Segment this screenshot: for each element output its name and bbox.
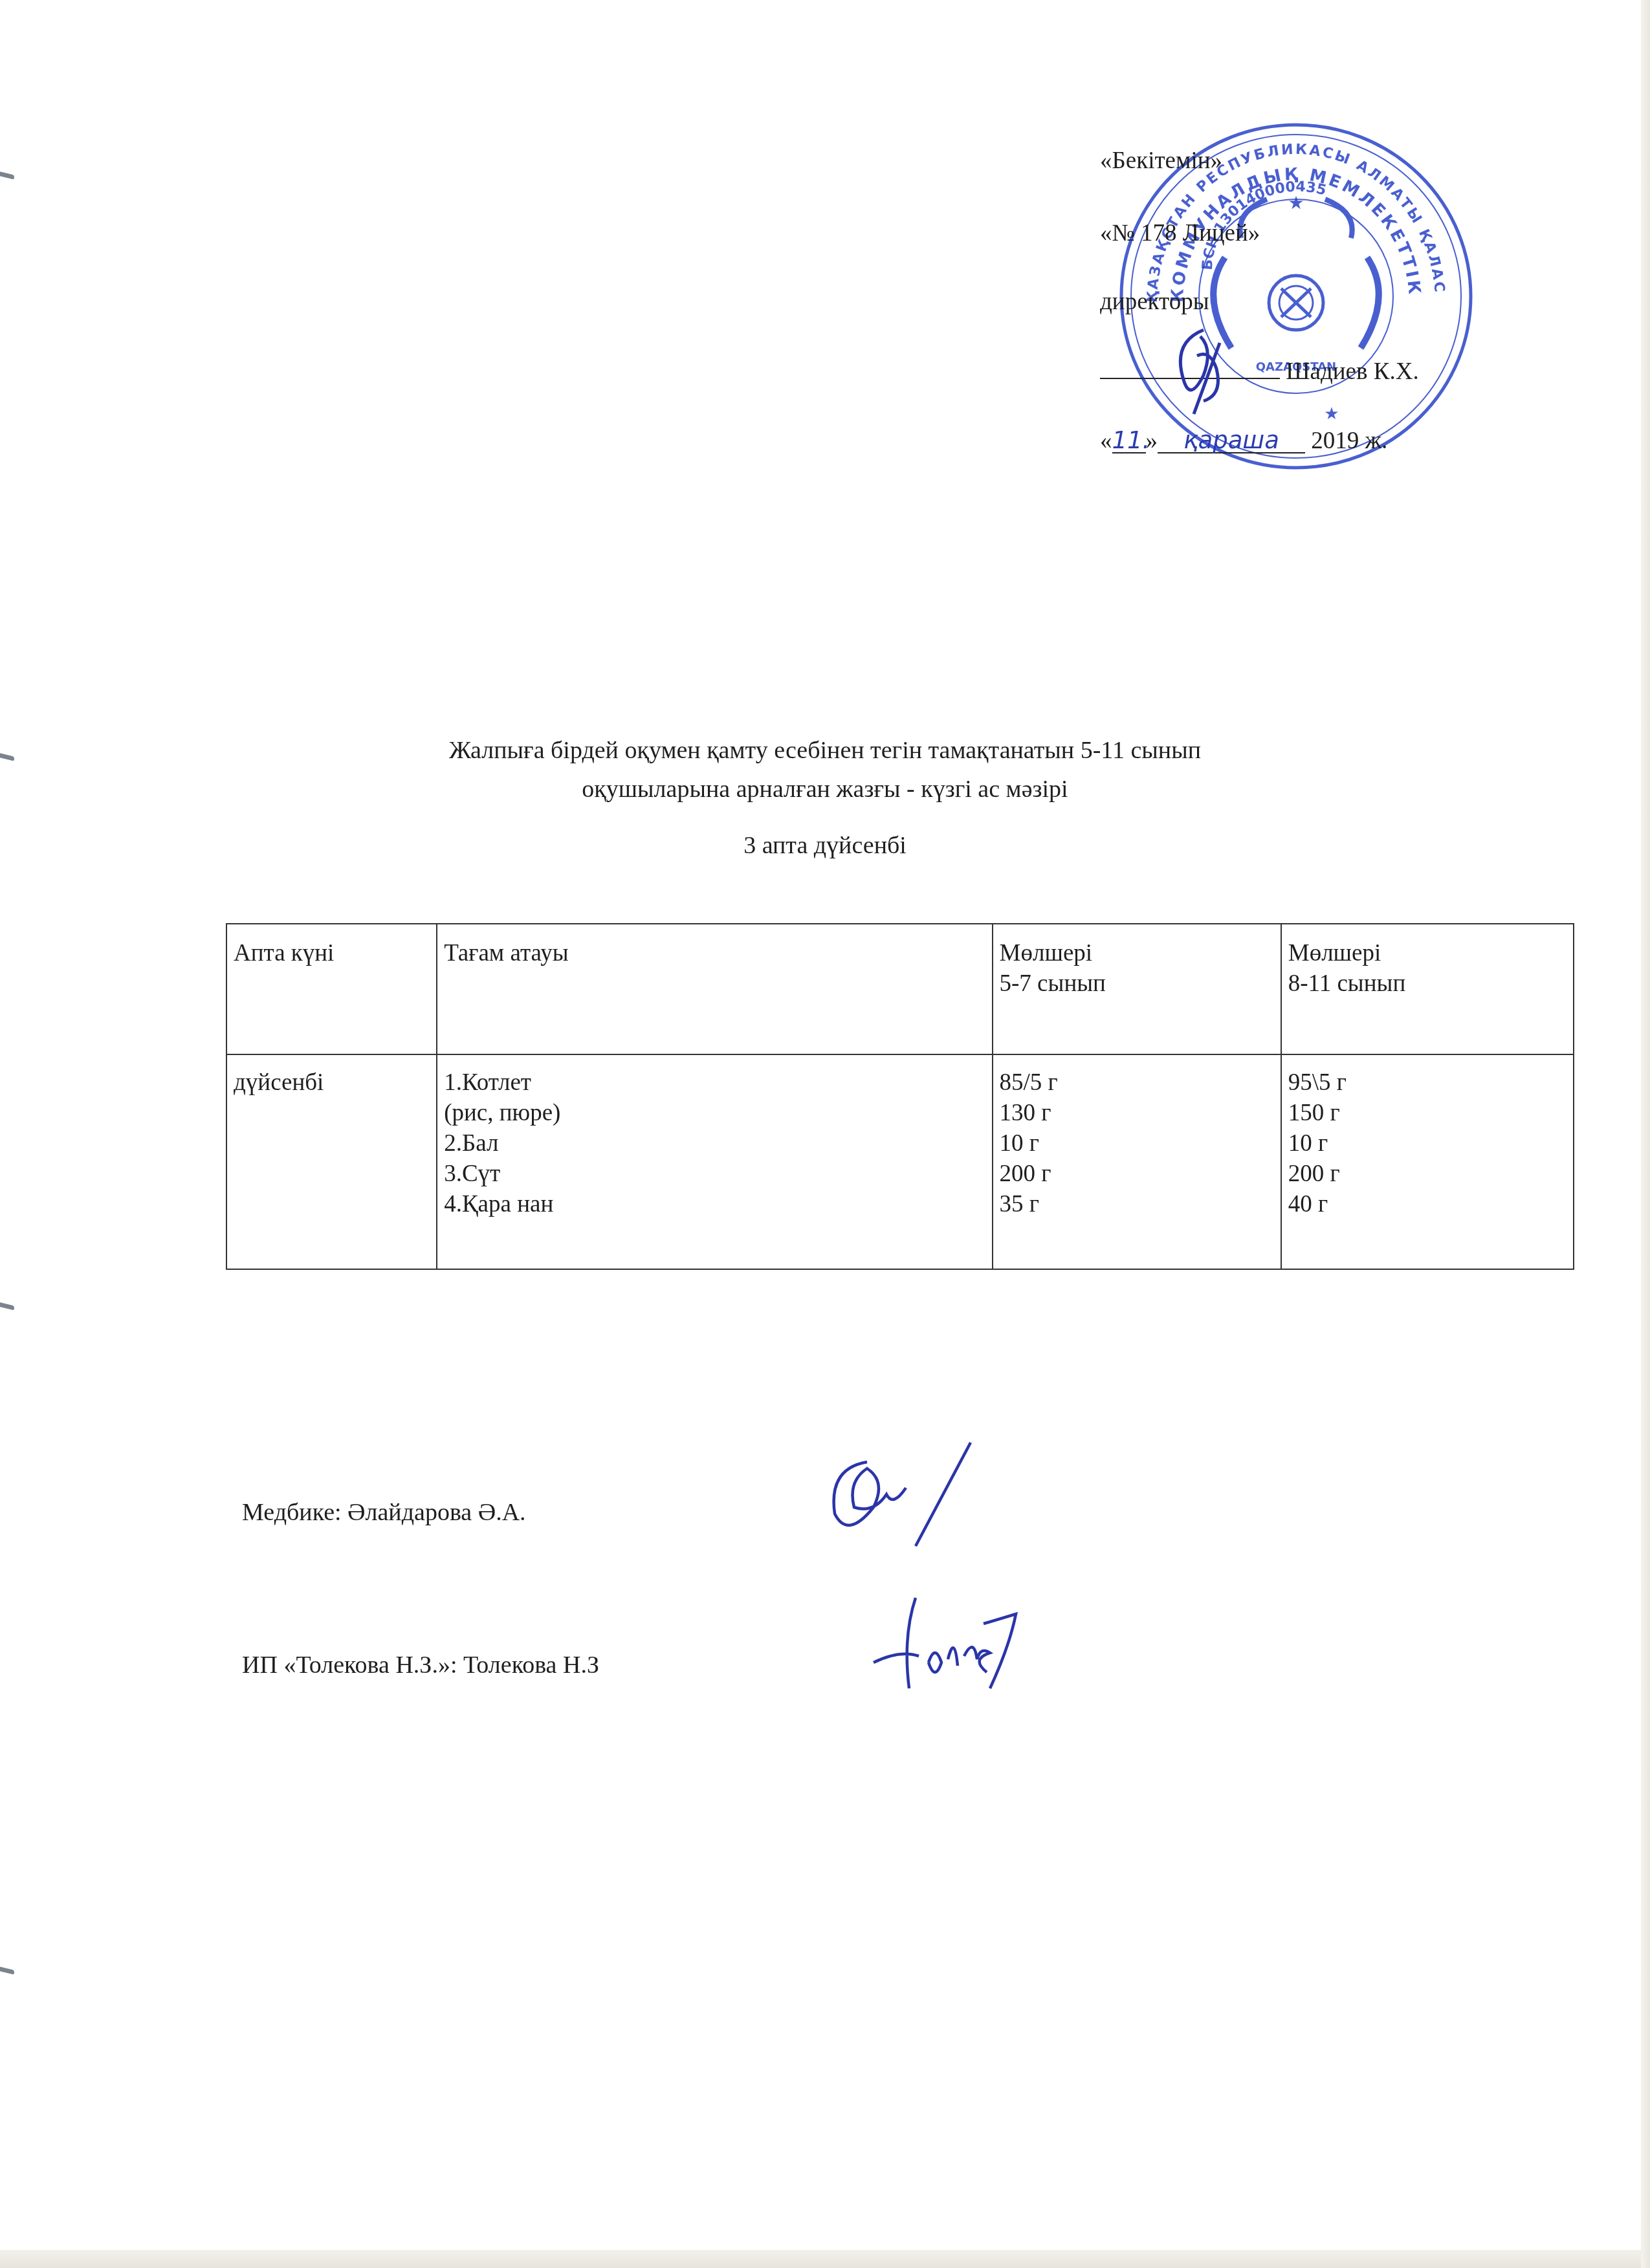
svg-text:ҚАЗАҚСТАН РЕСПУБЛИКАСЫ АЛМАТЫ: ҚАЗАҚСТАН РЕСПУБЛИКАСЫ АЛМАТЫ ҚАЛАСЫ БІЛ… [1112,109,1447,303]
punch-mark [0,1967,14,1974]
cell-day: дүйсенбі [226,1054,437,1269]
cell-dishes: 1.Котлет (рис, пюре) 2.Бал 3.Сүт 4.Қара … [437,1054,992,1269]
header-day: Апта күні [226,924,437,1054]
director-role: директоры [1100,290,1209,314]
supplier-signature-icon [867,1585,1042,1695]
school-name: «№ 178 Лицей» [1100,221,1260,245]
approval-date: «11.»қараша 2019 ж. [1100,428,1387,453]
date-year: 2019 ж. [1311,428,1387,454]
header-dish: Тағам атауы [437,924,992,1054]
table-header-row: Апта күні Тағам атауы Мөлшері5-7 сынып М… [226,924,1574,1054]
supplier-signature-label: ИП «Толекова Н.З.»: Толекова Н.З [242,1651,599,1679]
nurse-signature-icon [809,1436,1003,1553]
nurse-signature-label: Медбике: Әлайдарова Ә.А. [242,1498,526,1527]
punch-mark [0,1302,14,1310]
menu-table: Апта күні Тағам атауы Мөлшері5-7 сынып М… [226,923,1574,1270]
date-month: қараша [1158,428,1305,453]
header-portion-5-7: Мөлшері5-7 сынып [993,924,1281,1054]
date-day: 11. [1112,428,1146,453]
cell-portion-8-11: 95\5 г 150 г 10 г 200 г 40 г [1281,1054,1574,1269]
cell-portion-5-7: 85/5 г 130 г 10 г 200 г 35 г [993,1054,1281,1269]
punch-mark [0,171,14,179]
svg-text:★: ★ [1288,192,1304,213]
director-name: Шадиев К.Х. [1286,358,1418,385]
svg-text:★: ★ [1324,404,1339,424]
director-signature-icon [1158,317,1262,420]
subtitle: 3 апта дүйсенбі [0,831,1650,860]
title-line-1: Жалпыға бірдей оқумен қамту есебінен тег… [0,736,1650,765]
table-row: дүйсенбі 1.Котлет (рис, пюре) 2.Бал 3.Сү… [226,1054,1574,1269]
header-portion-8-11: Мөлшері8-11 сынып [1281,924,1574,1054]
title-line-2: оқушыларына арналған жазғы - күзгі ас мә… [0,775,1650,803]
approve-label: «Бекітемін» [1100,149,1222,173]
scan-edge-bottom [0,2250,1650,2268]
scan-edge-right [1641,0,1650,2268]
